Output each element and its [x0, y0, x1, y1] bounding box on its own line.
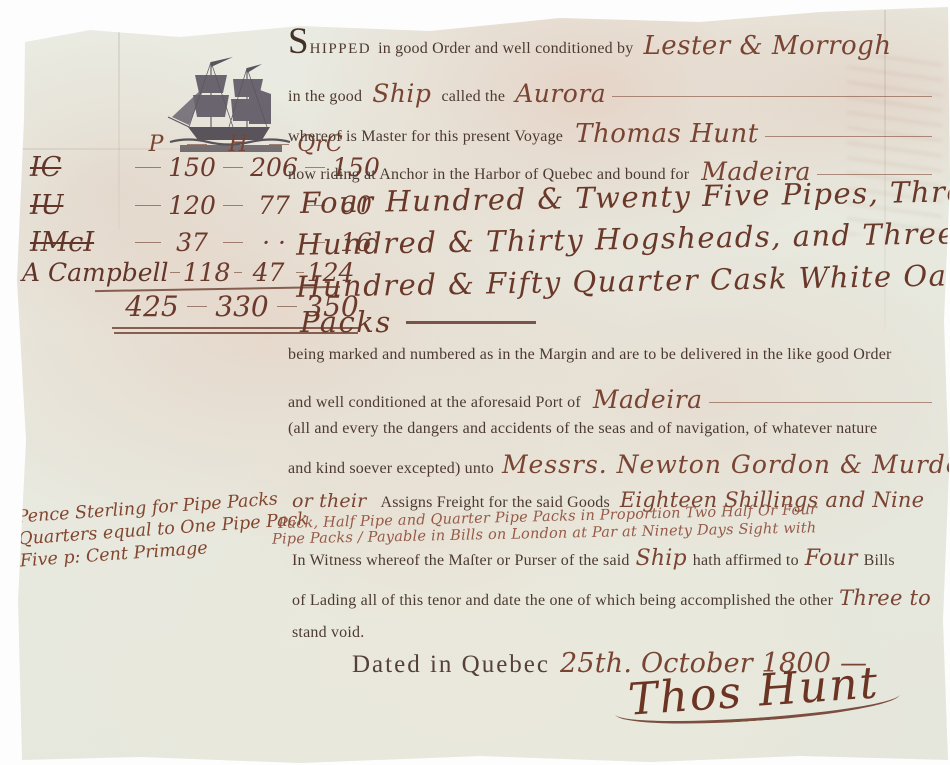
- master-line: whereof is Master for this present Voyag…: [288, 118, 938, 148]
- cargo-dash-rule: [406, 321, 536, 324]
- dash-line: [223, 205, 243, 206]
- shipped-clause: in good Order and well conditioned by: [378, 40, 633, 58]
- document-scan: P H QrC IC 150 206 150 IU 120 77 60 IMcI: [0, 0, 950, 765]
- mark-qty-hogsheads: 77: [244, 191, 304, 220]
- dash-line: [170, 272, 180, 273]
- vessel-line: in the good Ship called the Aurora: [288, 78, 938, 107]
- drop-cap: S: [288, 32, 310, 52]
- consignee-name: Messrs. Newton Gordon & Murdoch: [502, 450, 950, 479]
- vessel-name: Aurora: [515, 79, 606, 108]
- total-hogsheads: 330: [208, 290, 276, 323]
- shipping-mark: IMcI: [30, 227, 134, 258]
- vessel-type: Ship: [372, 79, 431, 108]
- dash-line: [234, 272, 242, 273]
- port-clause: and well conditioned at the aforesaid Po…: [288, 394, 581, 412]
- dash-line: [277, 306, 297, 307]
- bills-count: Four: [805, 546, 858, 571]
- fill-rule: [709, 402, 932, 403]
- lading-clause: of Lading all of this tenor and date the…: [292, 592, 833, 610]
- fill-rule: [612, 96, 932, 97]
- dash-line: [223, 167, 243, 168]
- cargo-line: Packs: [300, 305, 392, 339]
- shipping-mark: IU: [30, 190, 134, 221]
- fill-rule: [765, 136, 932, 137]
- dash-line: [135, 167, 161, 168]
- void-clause: stand void.: [292, 624, 364, 642]
- mark-qty-hogsheads: 47: [243, 258, 295, 287]
- master-name: Thomas Hunt: [575, 119, 759, 149]
- vessel-clause-b: called the: [441, 88, 505, 106]
- consignee-line: and kind soever excepted) unto Messrs. N…: [288, 450, 950, 479]
- mark-qty-pipes: 150: [162, 153, 222, 182]
- witness-clause-c: Bills: [864, 552, 895, 570]
- witness-line: In Witness whereof the Maſter or Purser …: [292, 546, 895, 571]
- dash-line: [135, 205, 161, 206]
- witness-clause-b: hath affirmed to: [693, 552, 799, 570]
- dash-line: [223, 242, 243, 243]
- excepted-clause: and kind soever excepted) unto: [288, 460, 494, 478]
- lading-script: Three to: [839, 586, 931, 610]
- shipped-line: SHIPPED in good Order and well condition…: [288, 30, 936, 60]
- vessel-clause-a: in the good: [288, 88, 362, 106]
- delivery-port: Madeira: [593, 385, 703, 414]
- marked-clause: being marked and numbered as in the Marg…: [288, 346, 892, 364]
- port-line: and well conditioned at the aforesaid Po…: [288, 384, 938, 413]
- dash-line: [269, 144, 289, 145]
- freight-script-their: or their: [292, 490, 366, 512]
- shipping-mark: A Campbell: [22, 258, 169, 287]
- dangers-clause: (all and every the dangers and accidents…: [288, 420, 877, 438]
- master-clause: whereof is Master for this present Voyag…: [288, 128, 563, 146]
- cargo-line-end: Packs: [300, 305, 536, 339]
- cargo-line: Hundred & Fifty Quarter Cask White Oak: [296, 258, 950, 304]
- witness-vessel: Ship: [636, 546, 687, 571]
- mark-qty-pipes: 37: [162, 228, 222, 257]
- document-paper: P H QrC IC 150 206 150 IU 120 77 60 IMcI: [0, 0, 950, 765]
- witness-clause-a: In Witness whereof the Maſter or Purser …: [292, 552, 630, 570]
- cargo-line: Hundred & Thirty Hogsheads, and Three: [296, 216, 950, 262]
- lading-line: of Lading all of this tenor and date the…: [292, 586, 931, 610]
- shipped-word: HIPPED: [310, 41, 372, 58]
- dash-line: [135, 242, 161, 243]
- total-pipes: 425: [118, 290, 186, 323]
- shipping-mark: IC: [30, 152, 134, 183]
- shipper-name: Lester & Morrogh: [643, 31, 891, 61]
- dash-line: [187, 306, 207, 307]
- dash-line: [187, 144, 207, 145]
- dated-at-label: Dated in Quebec: [352, 651, 550, 679]
- mark-qty-pipes: 118: [181, 258, 233, 287]
- mark-qty-pipes: 120: [162, 191, 222, 220]
